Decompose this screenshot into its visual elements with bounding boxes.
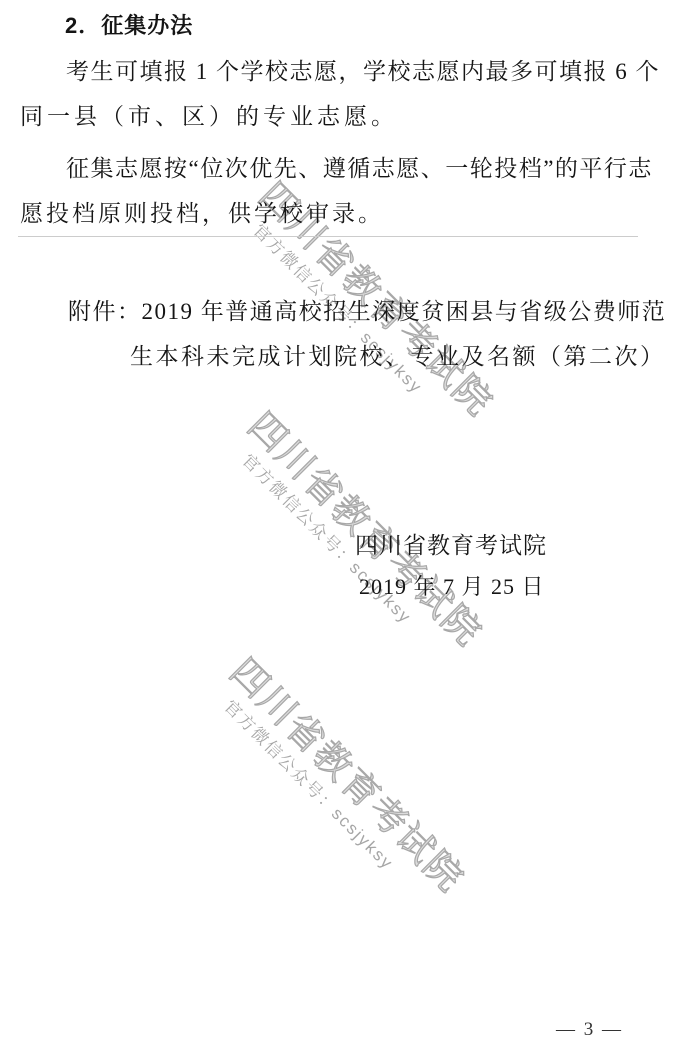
attachment-line1: 附件：2019 年普通高校招生深度贫困县与省级公费师范 (68, 298, 666, 326)
date: 2019 年 7 月 25 日 (359, 574, 545, 600)
watermark-title: 四川省教育考试院 (224, 652, 471, 899)
paragraph1-line2: 同一县（市、区）的专业志愿。 (20, 103, 398, 131)
paragraph1-line1: 考生可填报 1 个学校志愿，学校志愿内最多可填报 6 个 (66, 58, 660, 86)
page-number: — 3 — (556, 1019, 623, 1041)
watermark: 四川省教育考试院 官方微信公众号：scsjyksy (207, 652, 471, 916)
signature: 四川省教育考试院 (355, 532, 547, 560)
divider-line (18, 236, 638, 237)
section-heading: 2．征集办法 (65, 9, 193, 40)
paragraph2-line1: 征集志愿按“位次优先、遵循志愿、一轮投档”的平行志 (66, 155, 653, 183)
watermark-subtitle: 官方微信公众号：scsjyksy (207, 683, 440, 916)
paragraph2-line2: 愿投档原则投档，供学校审录。 (20, 200, 384, 228)
attachment-line2: 生本科未完成计划院校、专业及名额（第二次） (130, 343, 666, 371)
document-page: 四川省教育考试院 官方微信公众号：scsjyksy 四川省教育考试院 官方微信公… (0, 0, 680, 1049)
watermark-title: 四川省教育考试院 (242, 406, 489, 653)
